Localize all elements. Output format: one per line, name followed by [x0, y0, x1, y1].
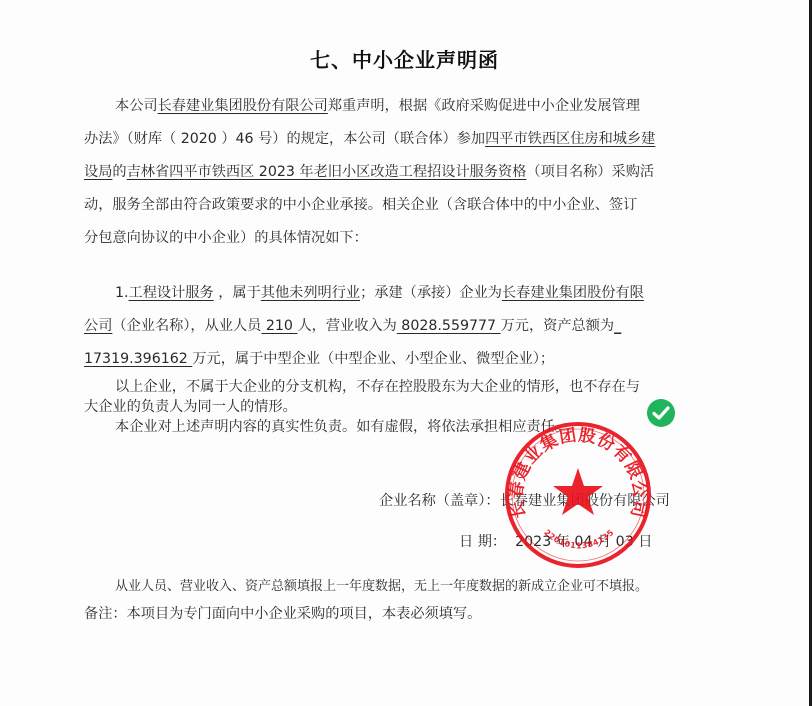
purchaser-name-underlined: 四平市铁西区住房和城乡建	[485, 131, 655, 147]
industry-underlined: 其他未列明行业	[261, 285, 360, 301]
item-1-line-1: 1.工程设计服务 ，属于其他未列明行业；承建（承接）企业为长春建业集团股份有限	[115, 282, 644, 302]
service-name-underlined: 工程设计服务	[129, 285, 214, 301]
paragraph-1-line-1: 本公司长春建业集团股份有限公司郑重声明，根据《政府采购促进中小企业发展管理	[115, 95, 640, 115]
paragraph-1-line-4: 动，服务全部由符合政策要求的中小企业承接。相关企业（含联合体中的中小企业、签订	[84, 194, 637, 214]
text: （项目名称）采购活	[526, 164, 654, 180]
paragraph-1-line-3: 设局的吉林省四平市铁西区 2023 年老旧小区改造工程招设计服务资格（项目名称）…	[84, 161, 654, 181]
item-1-line-3: 17319.396162 万元，属于中型企业（中型企业、小型企业、微型企业）；	[84, 348, 554, 368]
company-seal-stamp-icon: 长春建业集团股份有限公司 2201011384135	[503, 420, 653, 570]
data-fill-note: 从业人员、营业收入、资产总额填报上一年度数据，无上一年度数据的新成立企业可不填报…	[115, 575, 648, 594]
text: ；承建（承接）企业为	[360, 285, 502, 301]
text: 郑重声明，根据《政府采购促进中小企业发展管理	[328, 98, 640, 114]
text: _	[614, 318, 621, 334]
item-number: 1.	[115, 285, 129, 301]
text: 万元，资产总额为	[501, 318, 615, 334]
paragraph-1-line-2: 办法》（财库（ 2020 ）46 号）的规定，本公司（联合体）参加四平市铁西区住…	[84, 128, 655, 148]
employee-count: 210	[261, 318, 297, 334]
text: （企业名称），从业人员	[112, 318, 261, 334]
text: 办法》（财库（ 2020 ）46 号）的规定，本公司（联合体）参加	[84, 131, 485, 147]
text: 人，营业收入为	[297, 318, 396, 334]
enterprise-type: 中型企业	[263, 351, 320, 367]
project-name-underlined: 吉林省四平市铁西区 2023 年老旧小区改造工程招设计服务资格	[127, 164, 527, 180]
company-name-underlined: 长春建业集团股份有限公司	[158, 98, 328, 114]
assets-value: 17319.396162	[84, 351, 192, 367]
revenue-value: 8028.559777	[397, 318, 501, 334]
company-seal-label: 企业名称（盖章）：	[379, 493, 500, 509]
text: 的	[112, 164, 126, 180]
page-title: 七、中小企业声明函	[0, 44, 809, 73]
text: 本公司	[115, 98, 158, 114]
paragraph-1-line-5: 分包意向协议的中小企业）的具体情况如下：	[84, 227, 368, 247]
date-label: 日 期：	[459, 534, 506, 550]
item-1-line-2: 公司（企业名称），从业人员 210 人，营业收入为 8028.559777 万元…	[84, 315, 621, 335]
text: 万元，属于	[192, 351, 263, 367]
text: （中型企业、小型企业、微型企业）；	[320, 351, 554, 367]
contractor-name-underlined: 公司	[84, 318, 112, 334]
statement-1-line-1: 以上企业，不属于大企业的分支机构，不存在控股股东为大企业的情形，也不存在与	[115, 376, 640, 396]
statement-2: 本企业对上述声明内容的真实性负责。如有虚假，将依法承担相应责任。	[115, 416, 569, 436]
svg-text:2201011384135: 2201011384135	[542, 528, 616, 550]
check-circle-icon	[646, 398, 676, 428]
statement-1-line-2: 大企业的负责人为同一人的情形。	[84, 396, 297, 416]
remark: 备注：本项目为专门面向中小企业采购的项目，本表必须填写。	[84, 603, 481, 623]
purchaser-name-underlined: 设局	[84, 164, 112, 180]
contractor-name-underlined: 长春建业集团股份有限	[502, 285, 644, 301]
text: ，属于	[214, 285, 261, 301]
document-page: 七、中小企业声明函 本公司长春建业集团股份有限公司郑重声明，根据《政府采购促进中…	[0, 0, 809, 706]
